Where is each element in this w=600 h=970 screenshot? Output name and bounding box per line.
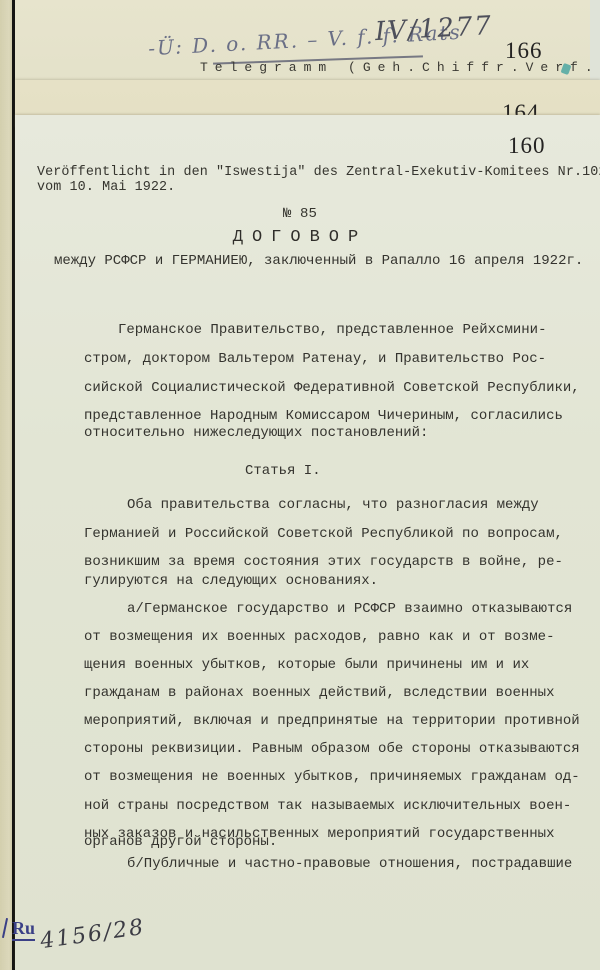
article-line: Оба правительства согласны, что разногла… [127,497,539,513]
publication-note-line-1: Veröffentlicht in den "Iswestija" des Ze… [37,165,600,180]
clause-b-line: б/Публичные и частно-правовые отношения,… [127,856,572,872]
clause-line: а/Германское государство и РСФСР взаимно… [127,601,572,617]
preamble-line: Германское Правительство, представленное… [118,322,546,338]
publication-note-line-2: vom 10. Mai 1922. [37,180,175,195]
document-subtitle: между РСФСР и ГЕРМАНИЕЮ, заключенный в Р… [54,253,583,269]
preamble-line: относительно нижеследующих постановлений… [84,425,428,441]
clause-line: органов другой стороны. [84,834,277,850]
clause-line: ной страны посредством так называемых ис… [84,798,571,814]
preamble-line: стром, доктором Вальтером Ратенау, и Пра… [84,351,546,367]
article-line: гулируются на следующих основаниях. [84,573,378,589]
preamble-line: представленное Народным Комиссаром Чичер… [84,408,563,424]
article-line: возникшим за время состояния этих госуда… [84,554,563,570]
page-number-front: 160 [508,133,546,159]
telegram-header: Telegramm (Geh.Chiffr.Verf.) [200,60,600,75]
preamble-line: сийской Социалистической Федеративной Со… [84,380,580,396]
article-heading: Статья I. [245,463,321,479]
clause-line: от возмещения не военных убытков, причин… [84,769,580,785]
clause-line: стороны реквизиции. Равным образом обе с… [84,741,580,757]
clause-line: щения военных убытков, которые были прич… [84,657,529,673]
article-line: Германией и Российской Советской Республ… [84,526,563,542]
clause-line: мероприятий, включая и предпринятые на т… [84,713,580,729]
clause-line: гражданам в районах военных действий, вс… [84,685,554,701]
handwritten-reference: IV/1277 [374,11,493,47]
clause-line: от возмещения их военных расходов, равно… [84,629,554,645]
archive-stamp: Ru [12,918,35,941]
document-number: № 85 [0,206,600,222]
document-title: ДОГОВОР [0,228,600,247]
